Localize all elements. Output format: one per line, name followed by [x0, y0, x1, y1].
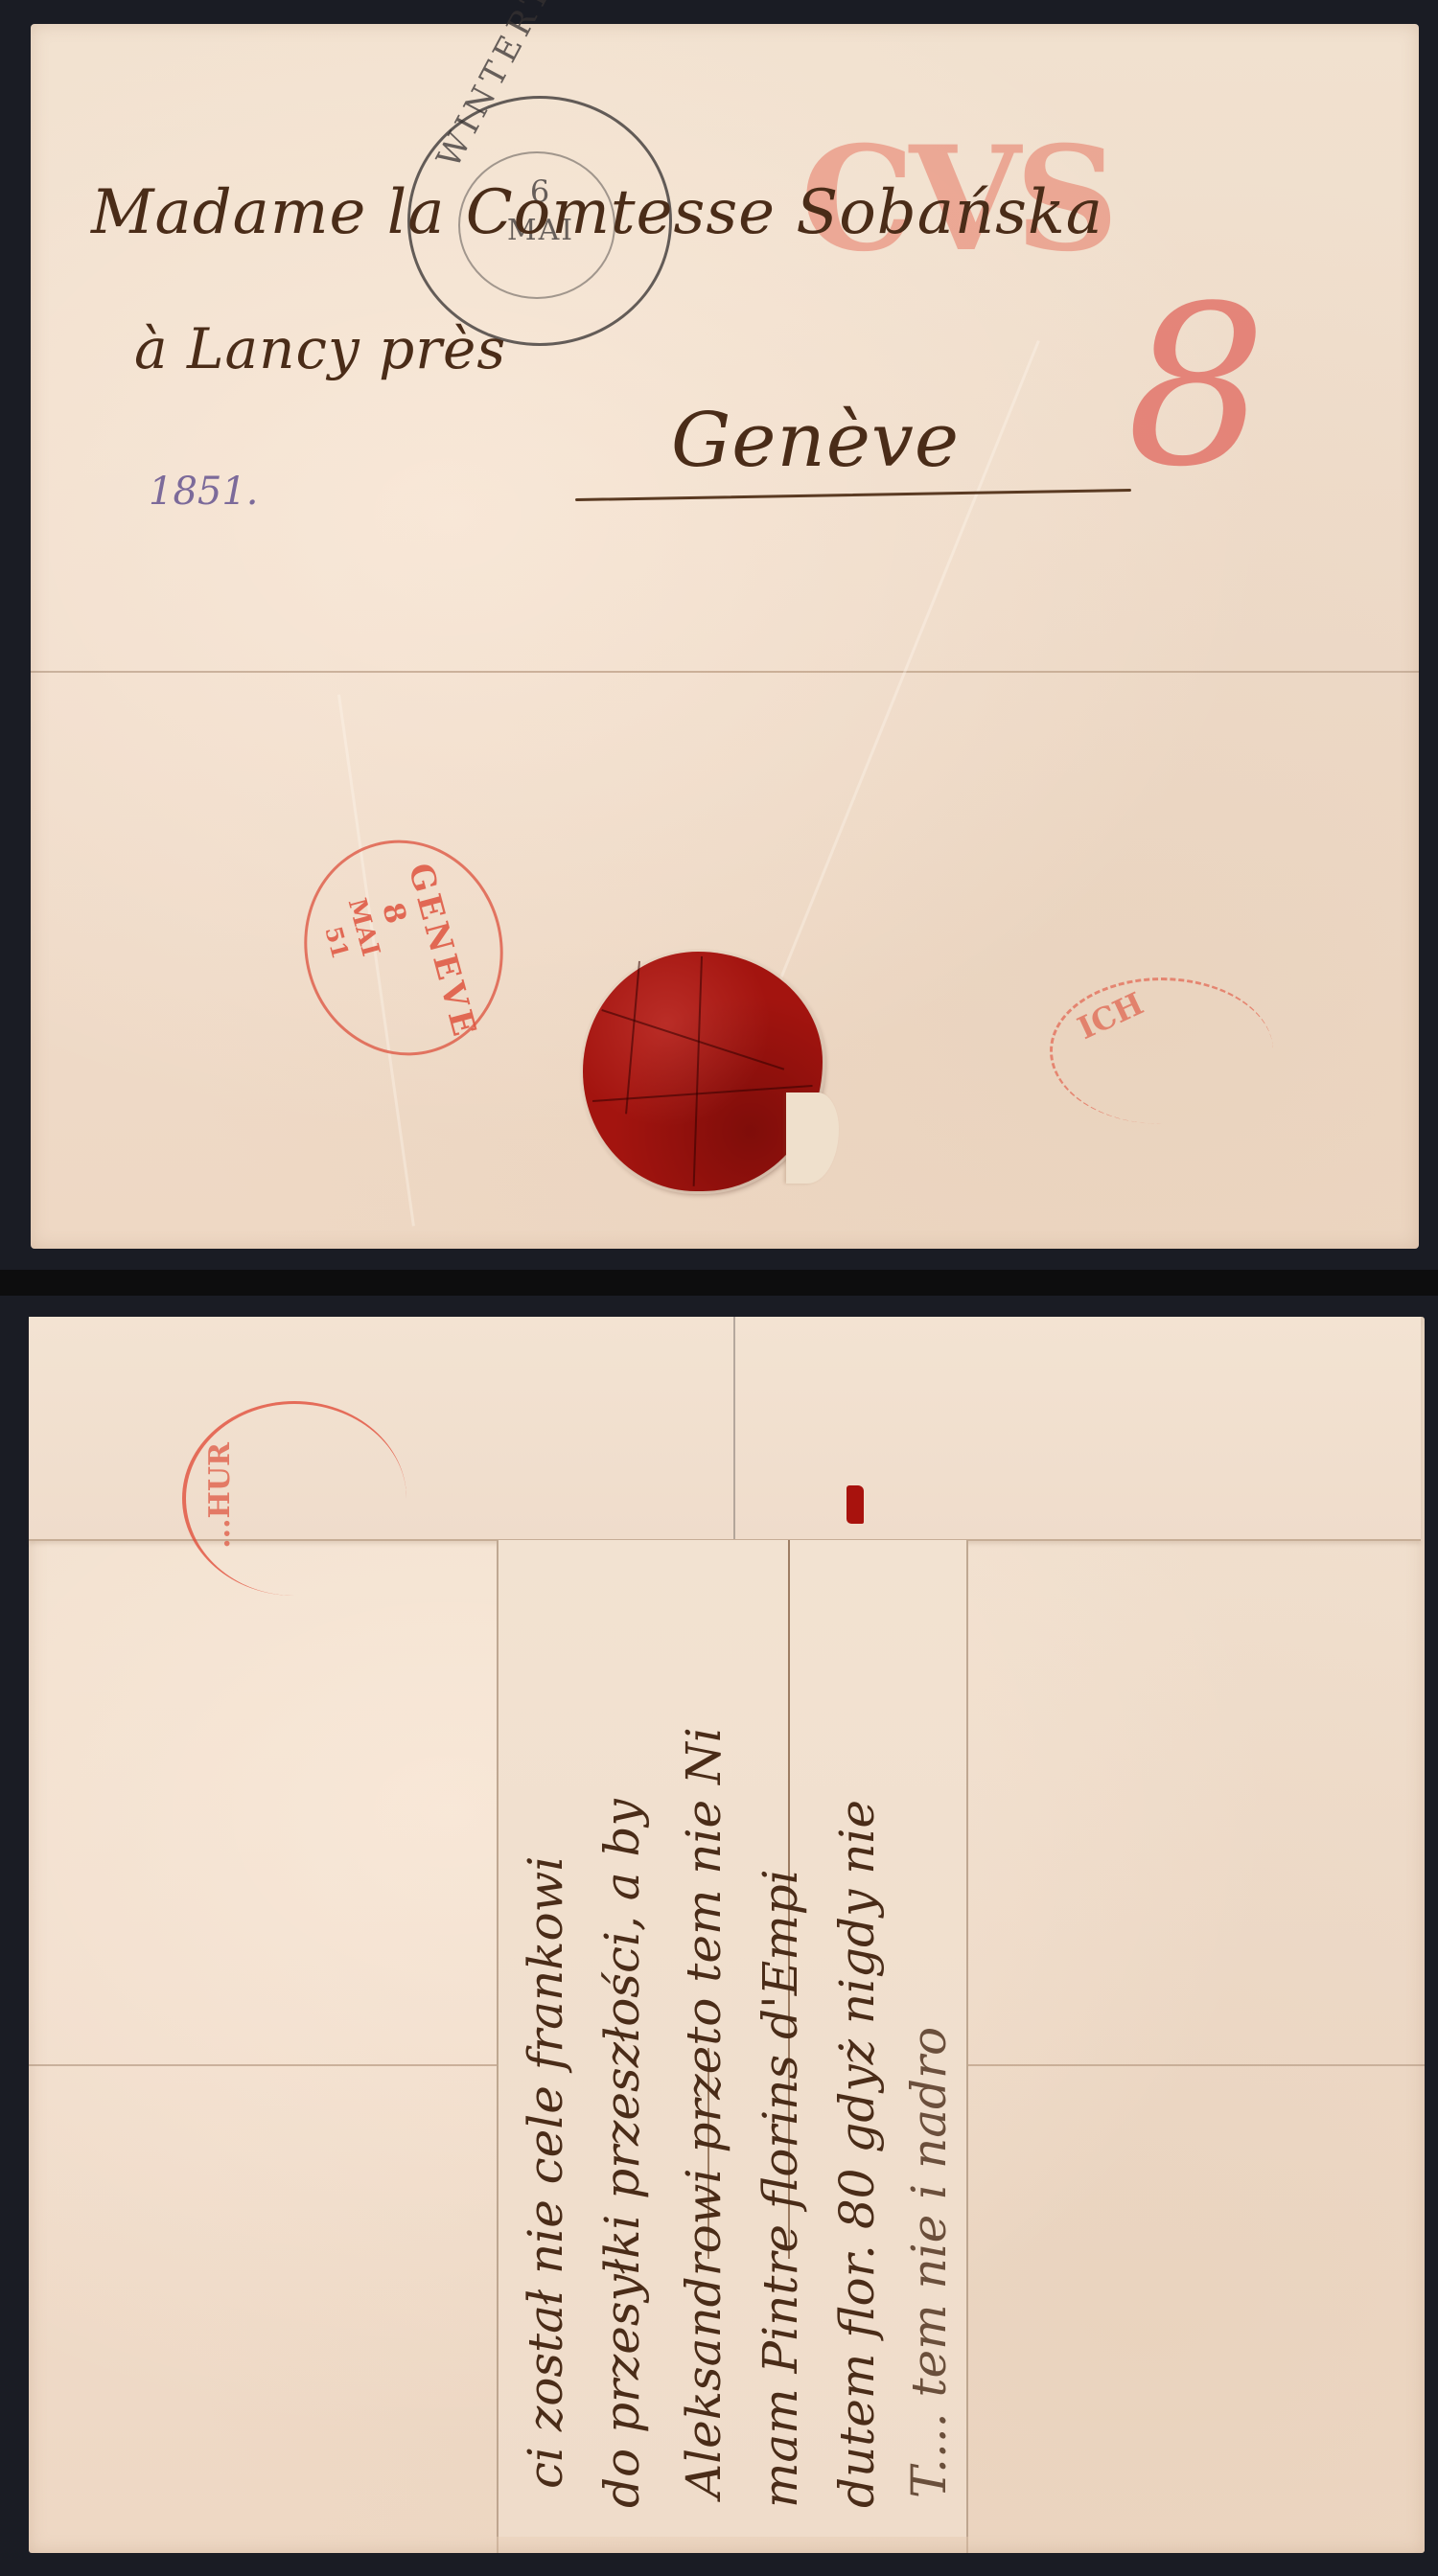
wax-seal-fragment [847, 1485, 864, 1524]
letter-line: ci został nie cele frankowi [518, 1856, 573, 2489]
letter-line: dutem flor. 80 gdyż nigdy nie [829, 1800, 885, 2508]
partial-red-postmark: ICH [1050, 977, 1273, 1124]
address-line-locality: à Lancy près [134, 316, 506, 381]
front-scan-panel: WINTERTHUR 6 MAI CVS Madame la Comtesse … [0, 0, 1438, 1270]
letter-line: Aleksandrowi przeto tem nie Ni [676, 1727, 731, 2498]
pencil-year-note: 1851. [149, 470, 259, 514]
address-line-city: Genève [671, 398, 960, 484]
address-line-recipient: Madame la Comtesse Sobańska [91, 177, 1103, 248]
partial-red-postmark-back: ...HUR [182, 1401, 406, 1596]
postmark-town: GENEVE [401, 860, 484, 1044]
back-scan-panel: ci został nie cele frankowi do przesyłki… [0, 1296, 1438, 2576]
letter-line: mam Pintre florins d'Empi [753, 1869, 808, 2508]
postmark-day: 8 [375, 899, 412, 927]
inner-letter-strip: ci został nie cele frankowi do przesyłki… [497, 1540, 968, 2537]
paper-tear-line [733, 1317, 735, 1539]
letter-line: T.... tem nie i nadro [901, 2027, 957, 2498]
postmark-text: ...HUR [203, 1442, 237, 1549]
letter-text-block: ci został nie cele frankowi do przesyłki… [499, 1540, 966, 2537]
postage-due-mark: 8 [1126, 278, 1266, 498]
fold-line [31, 671, 1419, 673]
letter-line: do przesyłki przeszłości, a by [594, 1799, 650, 2508]
